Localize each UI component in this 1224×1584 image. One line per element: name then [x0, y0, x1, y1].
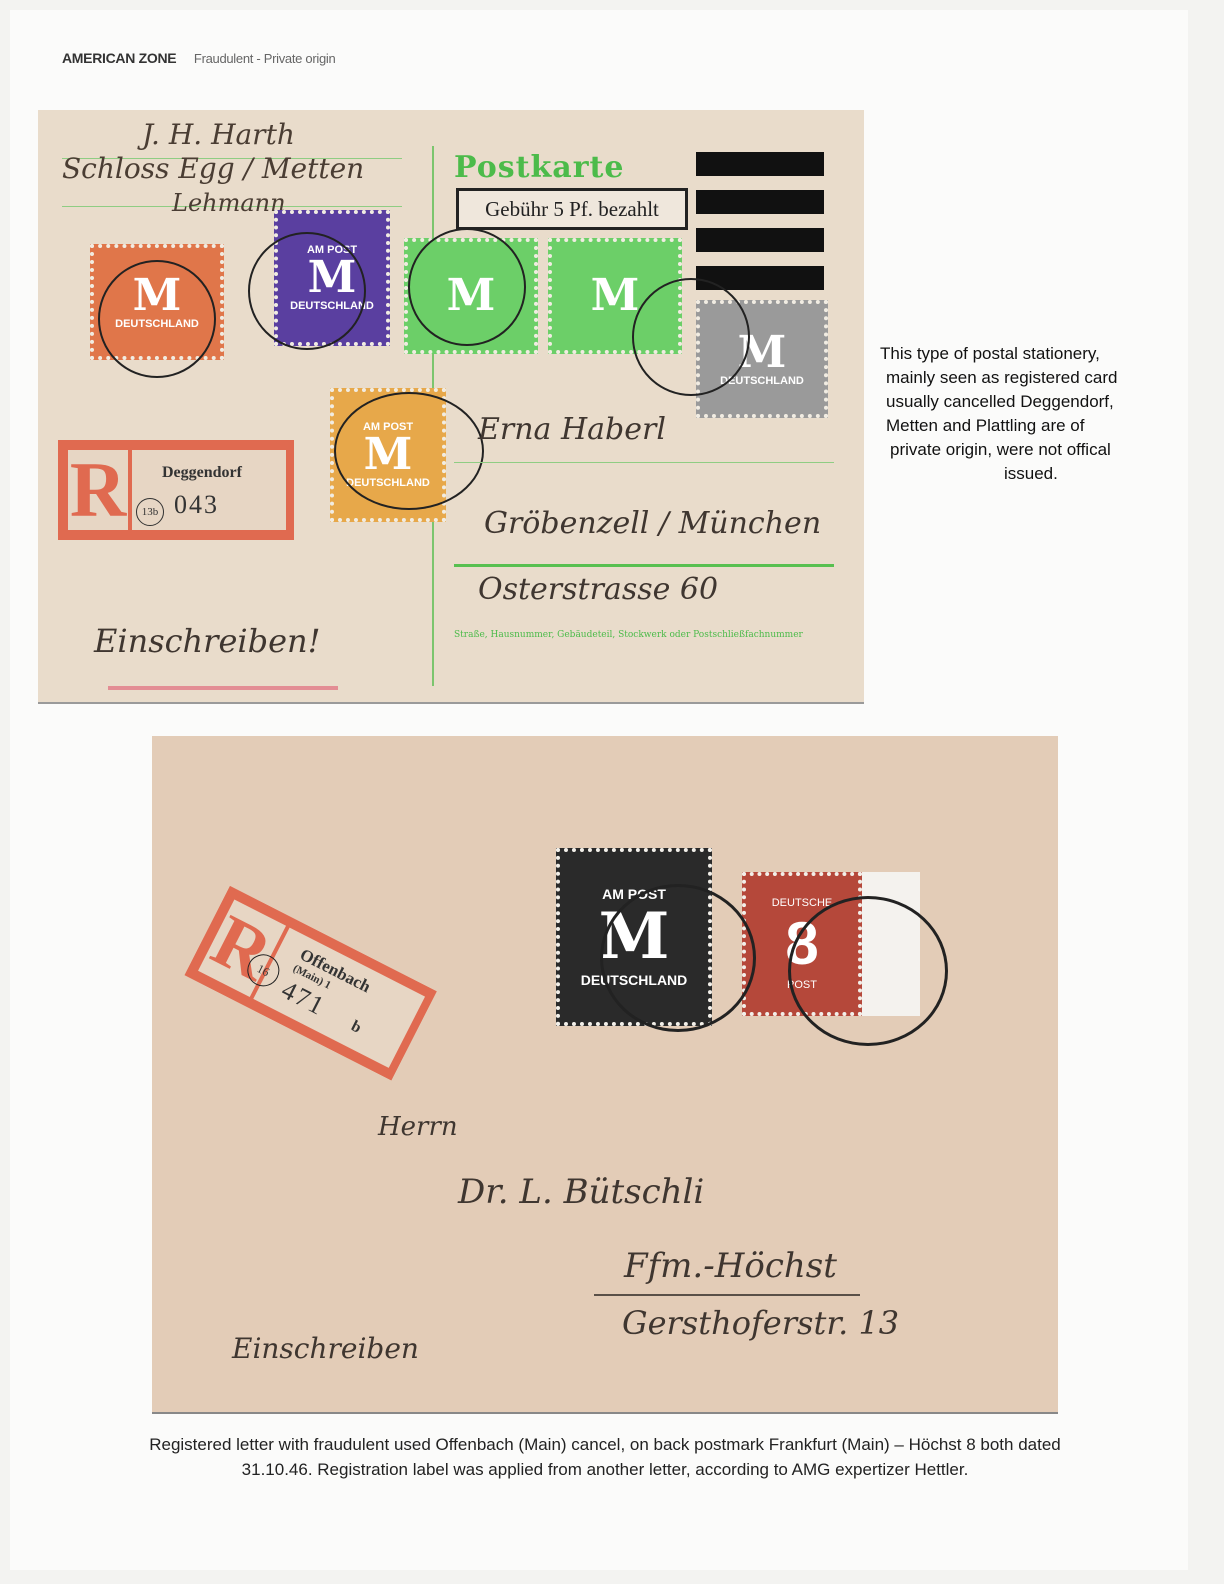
recipient-town: Ffm.-Höchst [624, 1246, 837, 1286]
registered-instruction: Einschreiben! [94, 622, 321, 660]
registered-instruction: Einschreiben [232, 1332, 419, 1365]
recipient-name: Dr. L. Bütschli [458, 1172, 704, 1212]
recipient-town: Gröbenzell / München [484, 506, 821, 541]
address-footer: Straße, Hausnummer, Gebäudeteil, Stockwe… [454, 630, 803, 640]
postmark-cancel [248, 232, 366, 350]
envelope: R 16 Offenbach (Main) 1 471 b AM POST M … [152, 736, 1058, 1412]
recipient-street: Gersthoferstr. 13 [622, 1304, 899, 1342]
recipient-salutation: Herrn [378, 1112, 458, 1142]
postmark-cancel [98, 260, 216, 378]
address-underline [594, 1294, 860, 1296]
heading-subtitle: Fraudulent - Private origin [194, 51, 335, 66]
sender-address: J. H. Harth Schloss Egg / Metten Lehmann [62, 118, 364, 220]
registration-label: R Deggendorf 13b 043 [58, 440, 294, 540]
fee-paid-box: Gebühr 5 Pf. bezahlt [456, 188, 688, 230]
zone-title: AMERICAN ZONE [62, 50, 176, 66]
postmark-cancel [334, 392, 484, 510]
side-note: This type of postal stationery, mainly s… [880, 342, 1170, 486]
red-underline [108, 686, 338, 690]
registration-label: R 16 Offenbach (Main) 1 471 b [185, 886, 437, 1080]
postmark-cancel [632, 278, 750, 396]
obliterated-indicium [696, 152, 824, 304]
recipient-street: Osterstrasse 60 [478, 572, 718, 607]
postmark-cancel [408, 228, 526, 346]
recipient-name: Erna Haberl [478, 412, 666, 447]
postkarte-title: Postkarte [454, 150, 624, 185]
am-post-m-icon: M [591, 274, 640, 318]
page-heading: AMERICAN ZONE Fraudulent - Private origi… [62, 50, 335, 66]
envelope-caption: Registered letter with fraudulent used O… [40, 1432, 1170, 1482]
postcard: J. H. Harth Schloss Egg / Metten Lehmann… [38, 110, 864, 702]
postmark-cancel [788, 896, 948, 1046]
postmark-cancel [600, 884, 756, 1032]
